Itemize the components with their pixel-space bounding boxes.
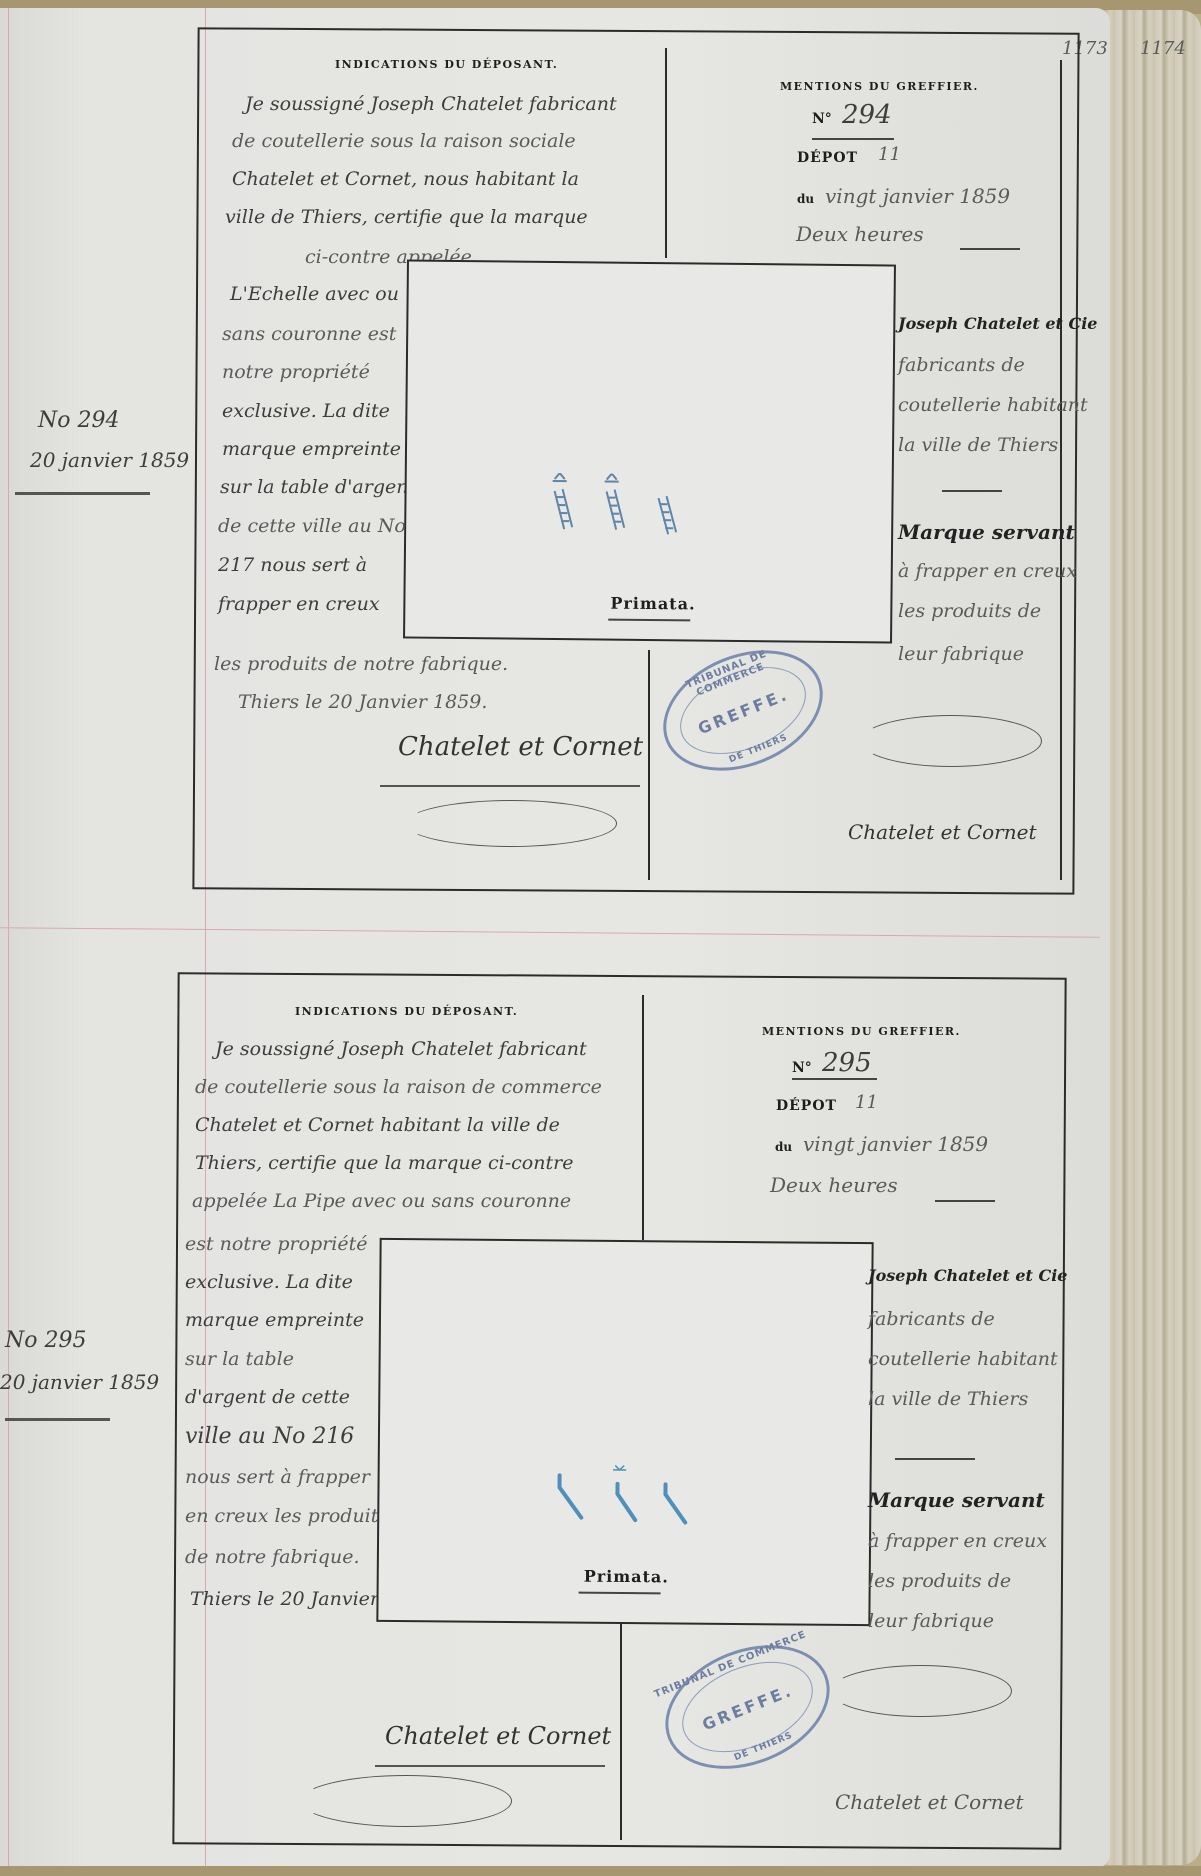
margin-entry-date: 20 janvier 1859 <box>0 1372 159 1392</box>
number-underline <box>792 1078 877 1080</box>
trademark-name: Primata. <box>610 594 695 614</box>
trademark-name-underline <box>579 1592 661 1595</box>
depot-value: 11 <box>855 1094 878 1112</box>
registrar-rule <box>895 1458 975 1460</box>
margin-entry-number: No 295 <box>5 1330 86 1352</box>
greffier-signature-right <box>860 715 1042 767</box>
depositor-signature: Chatelet et Cornet <box>385 1722 611 1750</box>
trademark-box: Primata. <box>403 259 896 643</box>
page-edges <box>1095 10 1201 1865</box>
margin-entry-date: 20 janvier 1859 <box>30 450 189 470</box>
column-divider <box>642 995 644 1240</box>
margin-entry-number: No 294 <box>38 410 119 432</box>
registrar-countersignature: Chatelet et Cornet <box>848 820 1037 844</box>
deposit-number: 294 <box>842 102 892 128</box>
heading-greffier: MENTIONS DU GREFFIER. <box>780 80 979 93</box>
margin-double-rule <box>5 1418 110 1421</box>
book-bottom-edge <box>0 1866 1201 1876</box>
du-label: du <box>797 192 814 206</box>
greffier-signature <box>300 1775 512 1827</box>
registrar-countersignature: Chatelet et Cornet <box>835 1790 1024 1814</box>
column-divider <box>620 1620 622 1840</box>
deposit-time: Deux heures <box>770 1175 898 1195</box>
folio-number: 1174 <box>1140 40 1186 58</box>
deposit-time: Deux heures <box>796 224 924 244</box>
deposit-date: vingt janvier 1859 <box>803 1134 988 1154</box>
registrar-rule <box>942 490 1002 492</box>
greffier-signature <box>405 800 617 847</box>
number-underline <box>812 138 894 140</box>
heading-greffier: MENTIONS DU GREFFIER. <box>762 1025 961 1038</box>
du-label: du <box>775 1140 792 1154</box>
depot-label: DÉPOT <box>776 1098 837 1114</box>
trademark-name: Primata. <box>584 1567 669 1587</box>
trademark-box: Primata. <box>376 1238 873 1626</box>
signature-flourish <box>375 1765 605 1767</box>
depositor-signature: Chatelet et Cornet <box>398 732 643 762</box>
margin-rule-outer <box>8 8 9 1866</box>
trademark-name-underline <box>608 619 690 622</box>
time-rule <box>960 248 1020 250</box>
greffier-signature-right <box>830 1665 1012 1717</box>
number-label: N° <box>792 1060 812 1076</box>
form-right-edge <box>1060 60 1062 880</box>
pipe-mark-icon <box>549 1463 700 1534</box>
heading-depositant: INDICATIONS DU DÉPOSANT. <box>335 58 558 71</box>
depot-value: 11 <box>878 146 901 164</box>
margin-double-rule <box>15 492 150 495</box>
deposit-date: vingt janvier 1859 <box>825 186 1010 206</box>
signature-flourish <box>380 785 640 787</box>
column-divider <box>665 48 667 258</box>
heading-depositant: INDICATIONS DU DÉPOSANT. <box>295 1005 518 1018</box>
column-divider <box>648 650 650 880</box>
time-rule <box>935 1200 995 1202</box>
number-label: N° <box>812 111 832 127</box>
ladder-mark-icon <box>546 473 707 555</box>
depot-label: DÉPOT <box>797 150 858 166</box>
deposit-number: 295 <box>822 1050 872 1076</box>
